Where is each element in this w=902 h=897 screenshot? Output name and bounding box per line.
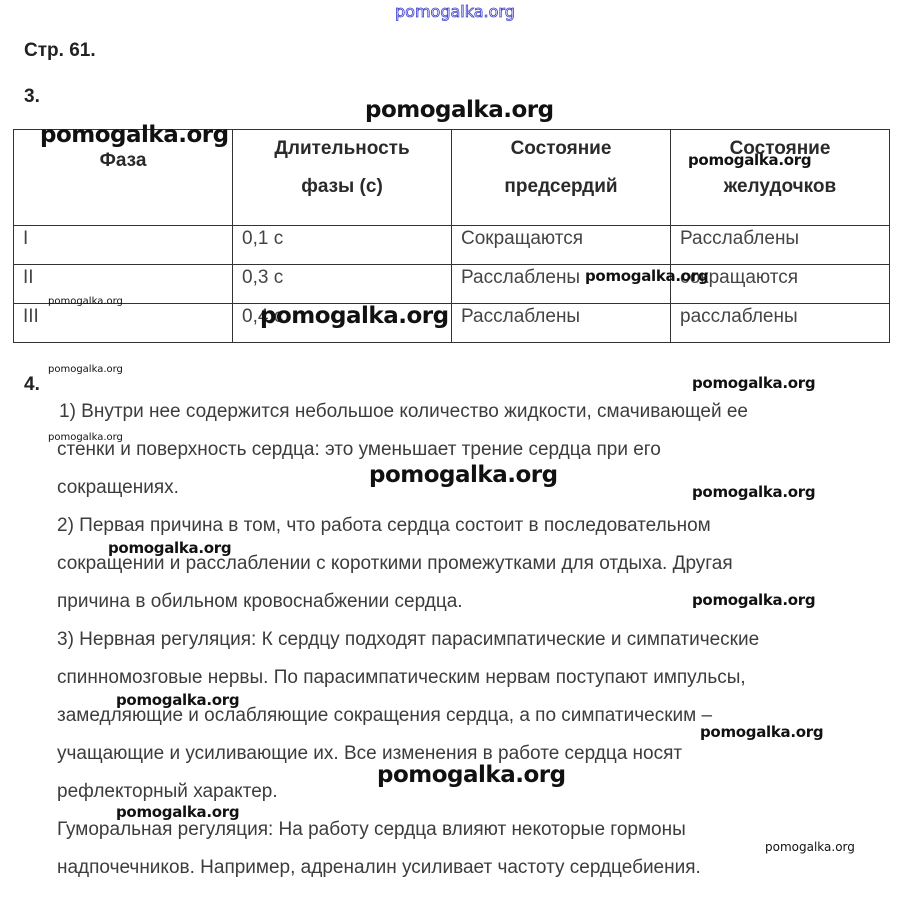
cell-duration: 0,3 с <box>233 265 452 304</box>
watermark: pomogalka.org <box>700 723 823 741</box>
cell-ventricles: расслаблены <box>671 304 890 343</box>
watermark: pomogalka.org <box>48 432 123 443</box>
cell-atria: Сокращаются <box>452 226 671 265</box>
cell-phase: II <box>14 265 233 304</box>
answer-line: 1) Внутри нее содержится небольшое колич… <box>57 393 887 431</box>
table-row: III 0,4 с Расслаблены расслаблены <box>14 304 890 343</box>
header-atria-state: Состояние предсердий <box>452 130 671 226</box>
watermark: pomogalka.org <box>116 803 239 821</box>
watermark: pomogalka.org <box>48 296 123 307</box>
watermark: pomogalka.org <box>116 691 239 709</box>
table-row: II 0,3 с Расслаблены сокращаются <box>14 265 890 304</box>
cell-duration: 0,1 с <box>233 226 452 265</box>
site-watermark-header: pomogalka.org <box>395 2 515 21</box>
table-row: I 0,1 с Сокращаются Расслаблены <box>14 226 890 265</box>
cell-ventricles: Расслаблены <box>671 226 890 265</box>
answer-line: надпочечников. Например, адреналин усили… <box>57 849 887 887</box>
page-header: Стр. 61. <box>24 40 96 62</box>
header-ventricles-state: Состояние желудочков <box>671 130 890 226</box>
task-3-number: 3. <box>24 86 40 108</box>
cell-atria: Расслаблены <box>452 304 671 343</box>
watermark: pomogalka.org <box>692 374 815 392</box>
watermark: pomogalka.org <box>260 303 449 329</box>
answer-line: 3) Нервная регуляция: К сердцу подходят … <box>57 621 887 659</box>
watermark: pomogalka.org <box>692 591 815 609</box>
watermark: pomogalka.org <box>765 840 855 854</box>
watermark: pomogalka.org <box>365 97 554 123</box>
watermark: pomogalka.org <box>688 151 811 169</box>
watermark: pomogalka.org <box>369 462 558 488</box>
watermark: pomogalka.org <box>48 364 123 375</box>
task-4-number: 4. <box>24 374 40 396</box>
cell-phase: I <box>14 226 233 265</box>
watermark: pomogalka.org <box>40 122 229 148</box>
cell-phase: III <box>14 304 233 343</box>
watermark: pomogalka.org <box>108 539 231 557</box>
watermark: pomogalka.org <box>377 762 566 788</box>
watermark: pomogalka.org <box>585 267 708 285</box>
watermark: pomogalka.org <box>692 483 815 501</box>
header-duration: Длительность фазы (с) <box>233 130 452 226</box>
